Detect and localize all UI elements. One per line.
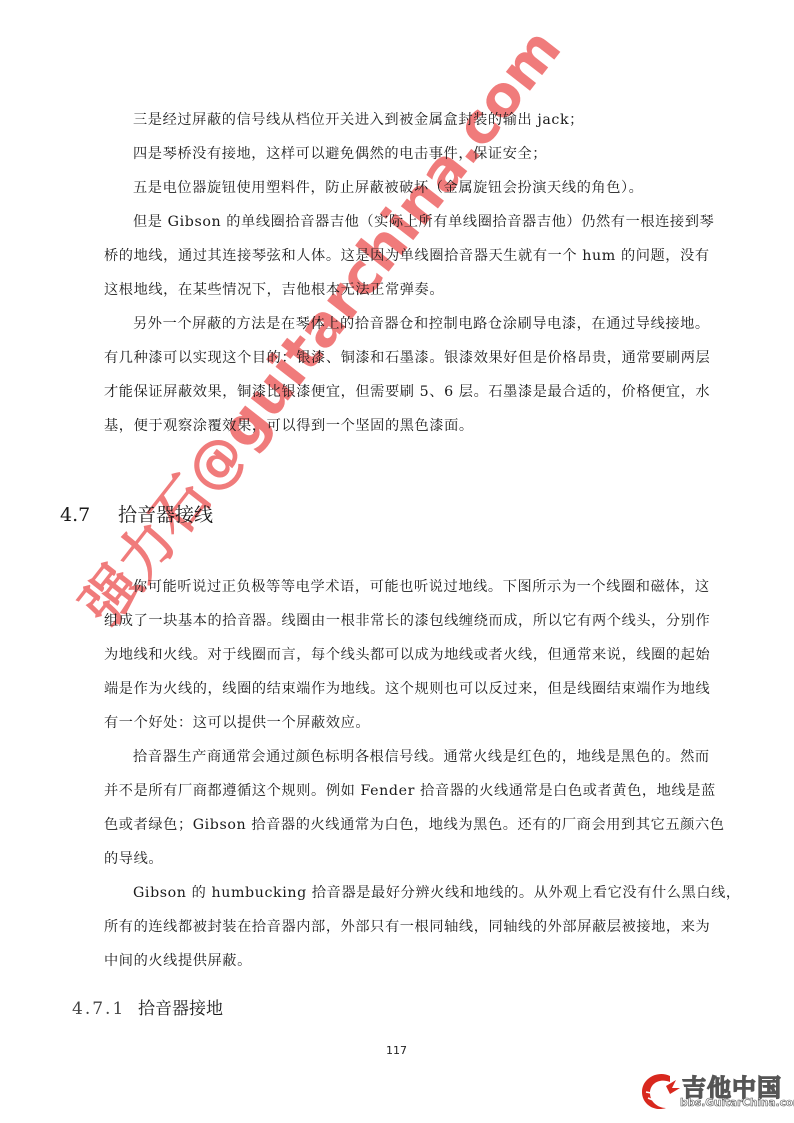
paragraph-line: 的导线。 [104, 842, 720, 876]
subsection-heading: 4.7.1拾音器接地 [72, 994, 223, 1019]
document-page: 强力石@guitarchina.com 三是经过屏蔽的信号线从档位开关进入到被金… [0, 0, 794, 1123]
paragraph: 拾音器生产商通常会通过颜色标明各根信号线。通常火线是红色的，地线是黑色的。然而并… [104, 740, 720, 876]
paragraph-line: 为地线和火线。对于线圈而言，每个线头都可以成为地线或者火线，但通常来说，线圈的起… [104, 638, 720, 672]
paragraph-line: 有几种漆可以实现这个目的：银漆、铜漆和石墨漆。银漆效果好但是价格昂贵，通常要刷两… [104, 341, 720, 375]
paragraph-line: 你可能听说过正负极等等电学术语，可能也听说过地线。下图所示为一个线圈和磁体，这 [104, 570, 720, 604]
paragraph: 三是经过屏蔽的信号线从档位开关进入到被金属盒封装的输出 jack； [104, 103, 720, 137]
subsection-title: 拾音器接地 [138, 999, 223, 1019]
paragraph: 四是琴桥没有接地，这样可以避免偶然的电击事件，保证安全； [104, 137, 720, 171]
paragraph-line: 四是琴桥没有接地，这样可以避免偶然的电击事件，保证安全； [104, 137, 720, 171]
subsection-number: 4.7.1 [72, 999, 138, 1019]
paragraph-line: 色或者绿色；Gibson 拾音器的火线通常为白色，地线为黑色。还有的厂商会用到其… [104, 808, 720, 842]
paragraph-line: 三是经过屏蔽的信号线从档位开关进入到被金属盒封装的输出 jack； [104, 103, 720, 137]
paragraph-line: 桥的地线，通过其连接琴弦和人体。这是因为单线圈拾音器天生就有一个 hum 的问题… [104, 239, 720, 273]
paragraph: 但是 Gibson 的单线圈拾音器吉他（实际上所有单线圈拾音器吉他）仍然有一根连… [104, 205, 720, 307]
paragraph-line: 基，便于观察涂覆效果，可以得到一个坚固的黑色漆面。 [104, 409, 720, 443]
section-number: 4.7 [60, 504, 118, 526]
paragraph-line: 所有的连线都被封装在拾音器内部，外部只有一根同轴线，同轴线的外部屏蔽层被接地，来… [104, 910, 720, 944]
paragraph-line: Gibson 的 humbucking 拾音器是最好分辨火线和地线的。从外观上看… [104, 876, 720, 910]
paragraph-line: 并不是所有厂商都遵循这个规则。例如 Fender 拾音器的火线通常是白色或者黄色… [104, 774, 720, 808]
paragraph-line: 才能保证屏蔽效果，铜漆比银漆便宜，但需要刷 5、6 层。石墨漆是最合适的，价格便… [104, 375, 720, 409]
dragon-icon [636, 1068, 682, 1114]
paragraph-line: 另外一个屏蔽的方法是在琴体上的拾音器仓和控制电路仓涂刷导电漆，在通过导线接地。 [104, 307, 720, 341]
paragraph-line: 端是作为火线的，线圈的结束端作为地线。这个规则也可以反过来，但是线圈结束端作为地… [104, 672, 720, 706]
paragraph-line: 中间的火线提供屏蔽。 [104, 944, 720, 978]
paragraph: 另外一个屏蔽的方法是在琴体上的拾音器仓和控制电路仓涂刷导电漆，在通过导线接地。有… [104, 307, 720, 443]
paragraph: Gibson 的 humbucking 拾音器是最好分辨火线和地线的。从外观上看… [104, 876, 720, 978]
logo-url: bbs.GuitarChina.com [680, 1097, 794, 1109]
section-heading: 4.7拾音器接线 [60, 500, 213, 527]
paragraph-line: 组成了一块基本的拾音器。线圈由一根非常长的漆包线缠绕而成，所以它有两个线头，分别… [104, 604, 720, 638]
paragraph-line: 但是 Gibson 的单线圈拾音器吉他（实际上所有单线圈拾音器吉他）仍然有一根连… [104, 205, 720, 239]
paragraph: 你可能听说过正负极等等电学术语，可能也听说过地线。下图所示为一个线圈和磁体，这组… [104, 570, 720, 740]
paragraph-line: 拾音器生产商通常会通过颜色标明各根信号线。通常火线是红色的，地线是黑色的。然而 [104, 740, 720, 774]
paragraph: 五是电位器旋钮使用塑料件，防止屏蔽被破坏（金属旋钮会扮演天线的角色）。 [104, 171, 720, 205]
page-number: 117 [386, 1044, 407, 1057]
paragraph-line: 有一个好处：这可以提供一个屏蔽效应。 [104, 706, 720, 740]
paragraph-line: 五是电位器旋钮使用塑料件，防止屏蔽被破坏（金属旋钮会扮演天线的角色）。 [104, 171, 720, 205]
guitarchina-logo: 吉他中国 bbs.GuitarChina.com [636, 1068, 786, 1116]
section-title: 拾音器接线 [118, 504, 213, 526]
paragraph-line: 这根地线，在某些情况下，吉他根本无法正常弹奏。 [104, 273, 720, 307]
